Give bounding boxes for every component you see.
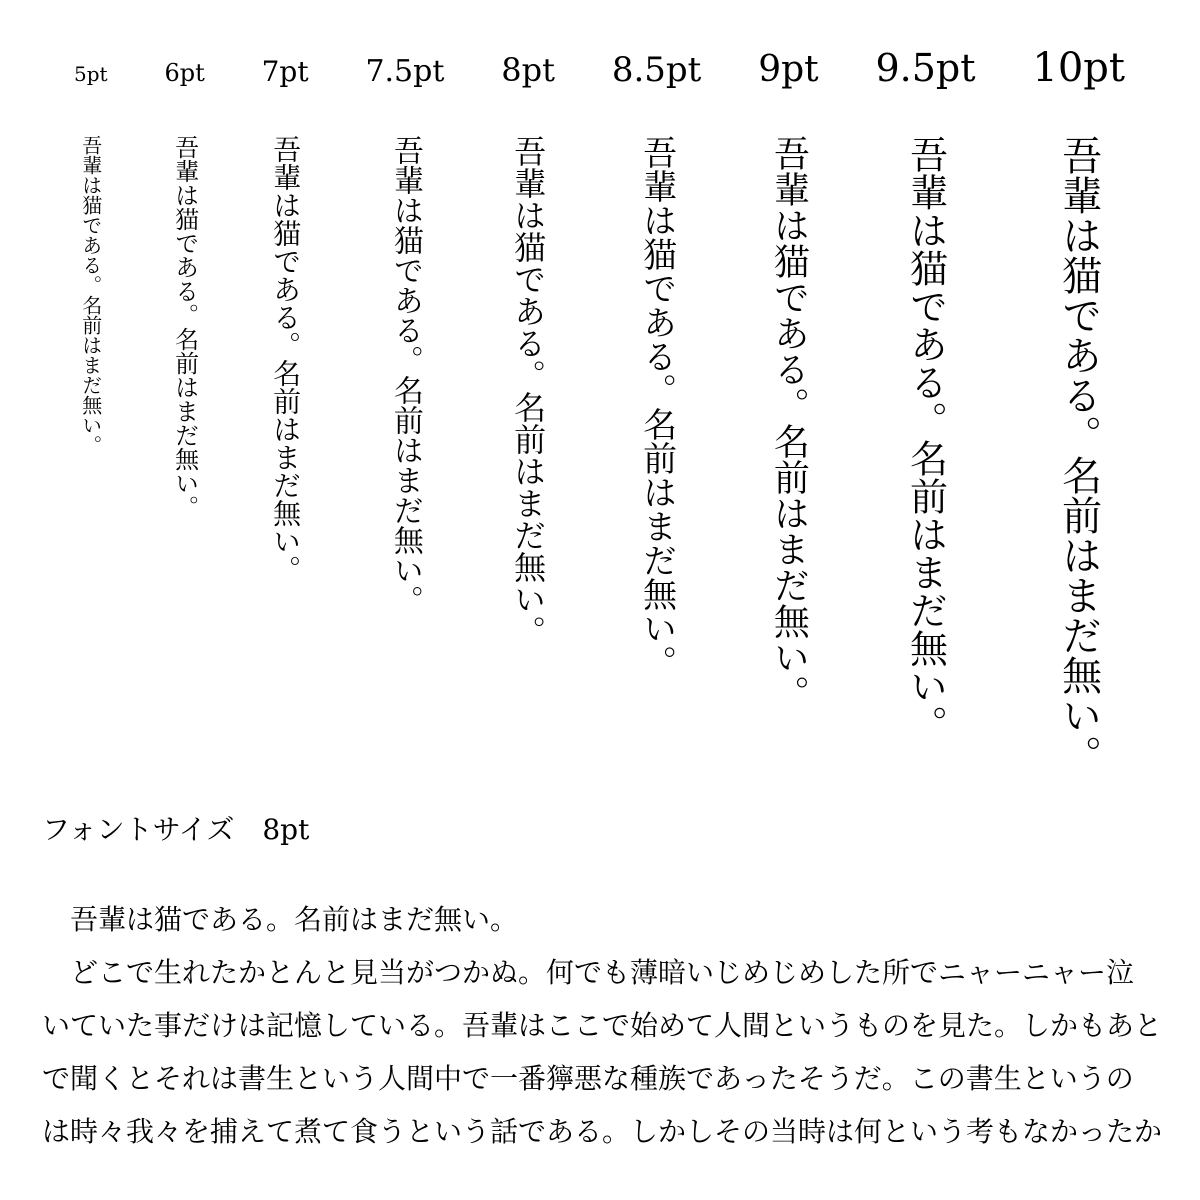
size-label: 5pt bbox=[74, 64, 108, 84]
paragraph-line: いていた事だけは記憶している。吾輩はここで始めて人間というものを見た。しかもあと bbox=[42, 999, 1162, 1052]
size-label: 7.5pt bbox=[365, 57, 444, 87]
vertical-sample-text: 吾輩は猫である。名前はまだ無い。 bbox=[907, 135, 945, 743]
paragraph-line: で聞くとそれは書生という人間中で一番獰悪な種族であったそうだ。この書生というの bbox=[42, 1052, 1162, 1105]
paragraph-line: どこで生れたかとんと見当がつかぬ。何でも薄暗いじめじめした所でニャーニャー泣 bbox=[42, 946, 1162, 999]
paragraph-line: は時々我々を捕えて煮て食うという話である。しかしその当時は何という考もなかったか bbox=[42, 1105, 1162, 1158]
vertical-sample-text: 吾輩は猫である。名前はまだ無い。 bbox=[770, 135, 806, 711]
size-label-box: 08.5pt bbox=[612, 48, 702, 135]
size-label: 6pt bbox=[164, 61, 204, 85]
vertical-sample-text: 吾輩は猫である。名前はまだ無い。 bbox=[173, 135, 197, 519]
size-label-box: 07.5pt bbox=[365, 48, 444, 135]
caption-title: フォントサイズ 8pt bbox=[42, 812, 309, 848]
size-label: 7pt bbox=[262, 58, 309, 86]
size-label: 10pt bbox=[1032, 48, 1125, 88]
font-specimen-row: 05pt 吾輩は猫である。名前はまだ無い。 06pt 吾輩は猫である。名前はまだ… bbox=[74, 48, 1125, 775]
vertical-sample-text: 吾輩は猫である。名前はまだ無い。 bbox=[81, 135, 101, 455]
vertical-sample-text: 吾輩は猫である。名前はまだ無い。 bbox=[271, 135, 299, 583]
size-label-box: 010pt bbox=[1032, 48, 1125, 135]
size-label: 8pt bbox=[501, 54, 555, 86]
size-label-box: 09.5pt bbox=[875, 48, 975, 135]
size-label: 9.5pt bbox=[875, 49, 975, 87]
size-label-box: 08pt bbox=[501, 48, 555, 135]
size-column-7-5pt: 07.5pt 吾輩は猫である。名前はまだ無い。 bbox=[365, 48, 444, 615]
document-page: 05pt 吾輩は猫である。名前はまだ無い。 06pt 吾輩は猫である。名前はまだ… bbox=[0, 0, 1200, 1200]
size-column-9pt: 09pt 吾輩は猫である。名前はまだ無い。 bbox=[758, 48, 818, 711]
size-column-9-5pt: 09.5pt 吾輩は猫である。名前はまだ無い。 bbox=[875, 48, 975, 743]
paragraph-line: 吾輩は猫である。名前はまだ無い。 bbox=[42, 893, 1162, 946]
vertical-sample-text: 吾輩は猫である。名前はまだ無い。 bbox=[640, 135, 674, 679]
size-column-5pt: 05pt 吾輩は猫である。名前はまだ無い。 bbox=[74, 48, 108, 455]
size-column-7pt: 07pt 吾輩は猫である。名前はまだ無い。 bbox=[262, 48, 309, 583]
vertical-sample-text: 吾輩は猫である。名前はまだ無い。 bbox=[512, 135, 544, 647]
body-paragraph: 吾輩は猫である。名前はまだ無い。 どこで生れたかとんと見当がつかぬ。何でも薄暗い… bbox=[42, 893, 1162, 1158]
size-label-box: 06pt bbox=[164, 48, 204, 135]
size-label: 9pt bbox=[758, 52, 818, 88]
size-label-box: 09pt bbox=[758, 48, 818, 135]
vertical-sample-text: 吾輩は猫である。名前はまだ無い。 bbox=[390, 135, 420, 615]
size-column-10pt: 010pt 吾輩は猫である。名前はまだ無い。 bbox=[1032, 48, 1125, 775]
vertical-sample-text: 吾輩は猫である。名前はまだ無い。 bbox=[1059, 135, 1099, 775]
size-label-box: 07pt bbox=[262, 48, 309, 135]
size-column-6pt: 06pt 吾輩は猫である。名前はまだ無い。 bbox=[164, 48, 204, 519]
size-column-8-5pt: 08.5pt 吾輩は猫である。名前はまだ無い。 bbox=[612, 48, 702, 679]
size-column-8pt: 08pt 吾輩は猫である。名前はまだ無い。 bbox=[501, 48, 555, 647]
size-label-box: 05pt bbox=[74, 48, 108, 135]
size-label: 8.5pt bbox=[612, 53, 702, 87]
